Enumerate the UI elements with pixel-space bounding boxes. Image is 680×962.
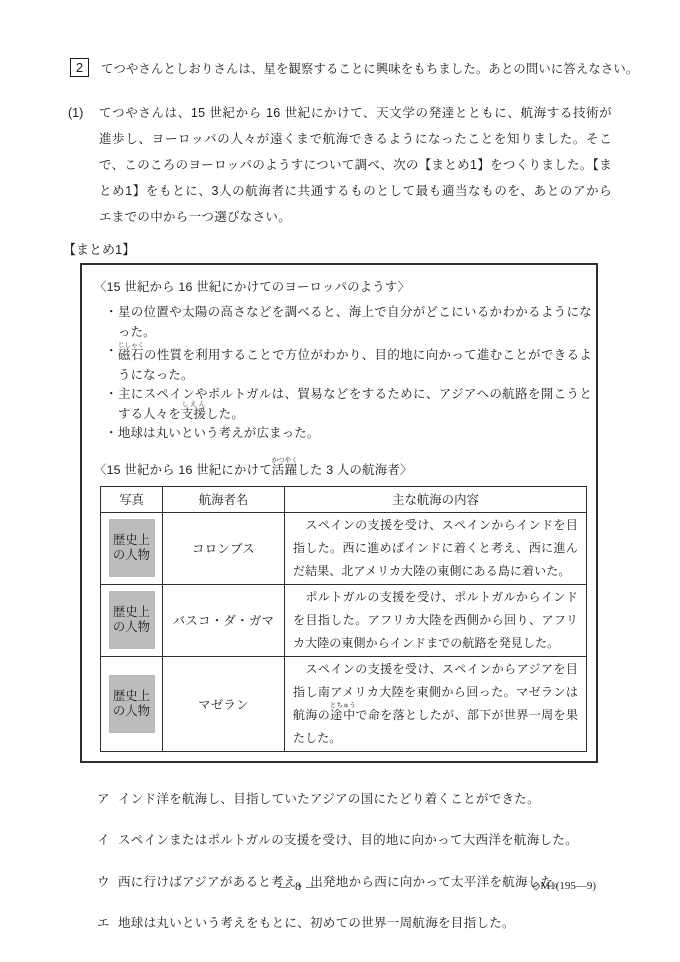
choice-label: ア [97,789,118,807]
choice-text: スペインまたはポルトガルの支援を受け、目的地に向かって大西洋を航海した。 [118,830,578,848]
choice-text: インド洋を航海し、目指していたアジアの国にたどり着くことができた。 [118,789,540,807]
europe-heading: 〈15 世紀から 16 世紀にかけてのヨーロッパのようす〉 [94,277,592,297]
bullet-marker: ・ [105,342,118,385]
bullet-text: 星の位置や太陽の高さなどを調べると、海上で自分がどこにいるかわかるようになった。 [118,303,592,342]
question-header: 2 てつやさんとしおりさんは、星を観察することに興味をもちました。あとの問いに答… [70,58,612,77]
navigator-name: バスコ・ダ・ガマ [163,584,285,656]
bullet-text: 主にスペインやポルトガルは、貿易などをするために、アジアへの航路を開こうとする人… [118,385,592,424]
part-1-text: てつやさんは、15 世紀から 16 世紀にかけて、天文学の発達とともに、航海する… [99,100,612,230]
col-header-description: 主な航海の内容 [285,486,587,512]
choice-text: 地球は丸いという考えをもとに、初めての世界一周航海を目指した。 [118,913,515,931]
choice-label: エ [97,913,118,931]
document-code: ◇M1(195—9) [532,879,596,892]
navigator-description: スペインの支援を受け、スペインからアジアを目指し南アメリカ大陸を東側から回った。… [285,656,587,751]
matome-title: 【まとめ1】 [63,239,612,258]
page-footer: — 8 — ◇M1(195—9) [0,879,680,899]
part-1: (1) てつやさんは、15 世紀から 16 世紀にかけて、天文学の発達とともに、… [68,100,612,230]
table-row: 歴史上 の人物 コロンブス スペインの支援を受け、スペインからインドを目指した。… [101,512,587,584]
europe-bullet-list: ・ 星の位置や太陽の高さなどを調べると、海上で自分がどこにいるかわかるようになっ… [105,303,592,444]
bullet-marker: ・ [105,303,118,342]
navigator-name: コロンブス [163,512,285,584]
navigator-name: マゼラン [163,656,285,751]
bullet-item: ・ 主にスペインやポルトガルは、貿易などをするために、アジアへの航路を開こうとす… [105,385,592,424]
photo-placeholder: 歴史上 の人物 [109,675,155,733]
bullet-text: 地球は丸いという考えが広まった。 [118,424,592,444]
table-row: 歴史上 の人物 マゼラン スペインの支援を受け、スペインからアジアを目指し南アメ… [101,656,587,751]
navigators-heading: 〈15 世紀から 16 世紀にかけて活躍かつやくした 3 人の航海者〉 [94,457,592,480]
photo-placeholder: 歴史上 の人物 [109,519,155,577]
bullet-item: ・ 磁石じしゃくの性質を利用することで方位がわかり、目的地に向かって進むことがで… [105,342,592,385]
question-intro: てつやさんとしおりさんは、星を観察することに興味をもちました。あとの問いに答えな… [101,59,638,77]
navigator-description: ポルトガルの支援を受け、ポルトガルからインドを目指した。アフリカ大陸を西側から回… [285,584,587,656]
col-header-name: 航海者名 [163,486,285,512]
matome-box: 〈15 世紀から 16 世紀にかけてのヨーロッパのようす〉 ・ 星の位置や太陽の… [80,263,598,763]
choice-row: ア インド洋を航海し、目指していたアジアの国にたどり着くことができた。 [97,789,612,807]
col-header-photo: 写真 [101,486,163,512]
photo-cell: 歴史上 の人物 [101,656,163,751]
part-1-label: (1) [68,100,99,230]
bullet-marker: ・ [105,385,118,424]
navigator-description: スペインの支援を受け、スペインからインドを目指した。西に進めばインドに着くと考え… [285,512,587,584]
table-header-row: 写真 航海者名 主な航海の内容 [101,486,587,512]
navigators-table: 写真 航海者名 主な航海の内容 歴史上 の人物 コロンブス スペインの支援を受け… [100,486,587,752]
bullet-text: 磁石じしゃくの性質を利用することで方位がわかり、目的地に向かって進むことができる… [118,342,592,385]
bullet-item: ・ 星の位置や太陽の高さなどを調べると、海上で自分がどこにいるかわかるようになっ… [105,303,592,342]
table-row: 歴史上 の人物 バスコ・ダ・ガマ ポルトガルの支援を受け、ポルトガルからインドを… [101,584,587,656]
bullet-marker: ・ [105,424,118,444]
choice-label: イ [97,830,118,848]
question-number-badge: 2 [70,58,89,77]
choice-row: エ 地球は丸いという考えをもとに、初めての世界一周航海を目指した。 [97,913,612,931]
choices-list: ア インド洋を航海し、目指していたアジアの国にたどり着くことができた。 イ スペ… [97,789,612,932]
choice-row: イ スペインまたはポルトガルの支援を受け、目的地に向かって大西洋を航海した。 [97,830,612,848]
bullet-item: ・ 地球は丸いという考えが広まった。 [105,424,592,444]
page-number: — 8 — [278,879,319,894]
photo-cell: 歴史上 の人物 [101,512,163,584]
photo-placeholder: 歴史上 の人物 [109,591,155,649]
exam-page: 2 てつやさんとしおりさんは、星を観察することに興味をもちました。あとの問いに答… [0,0,680,962]
photo-cell: 歴史上 の人物 [101,584,163,656]
